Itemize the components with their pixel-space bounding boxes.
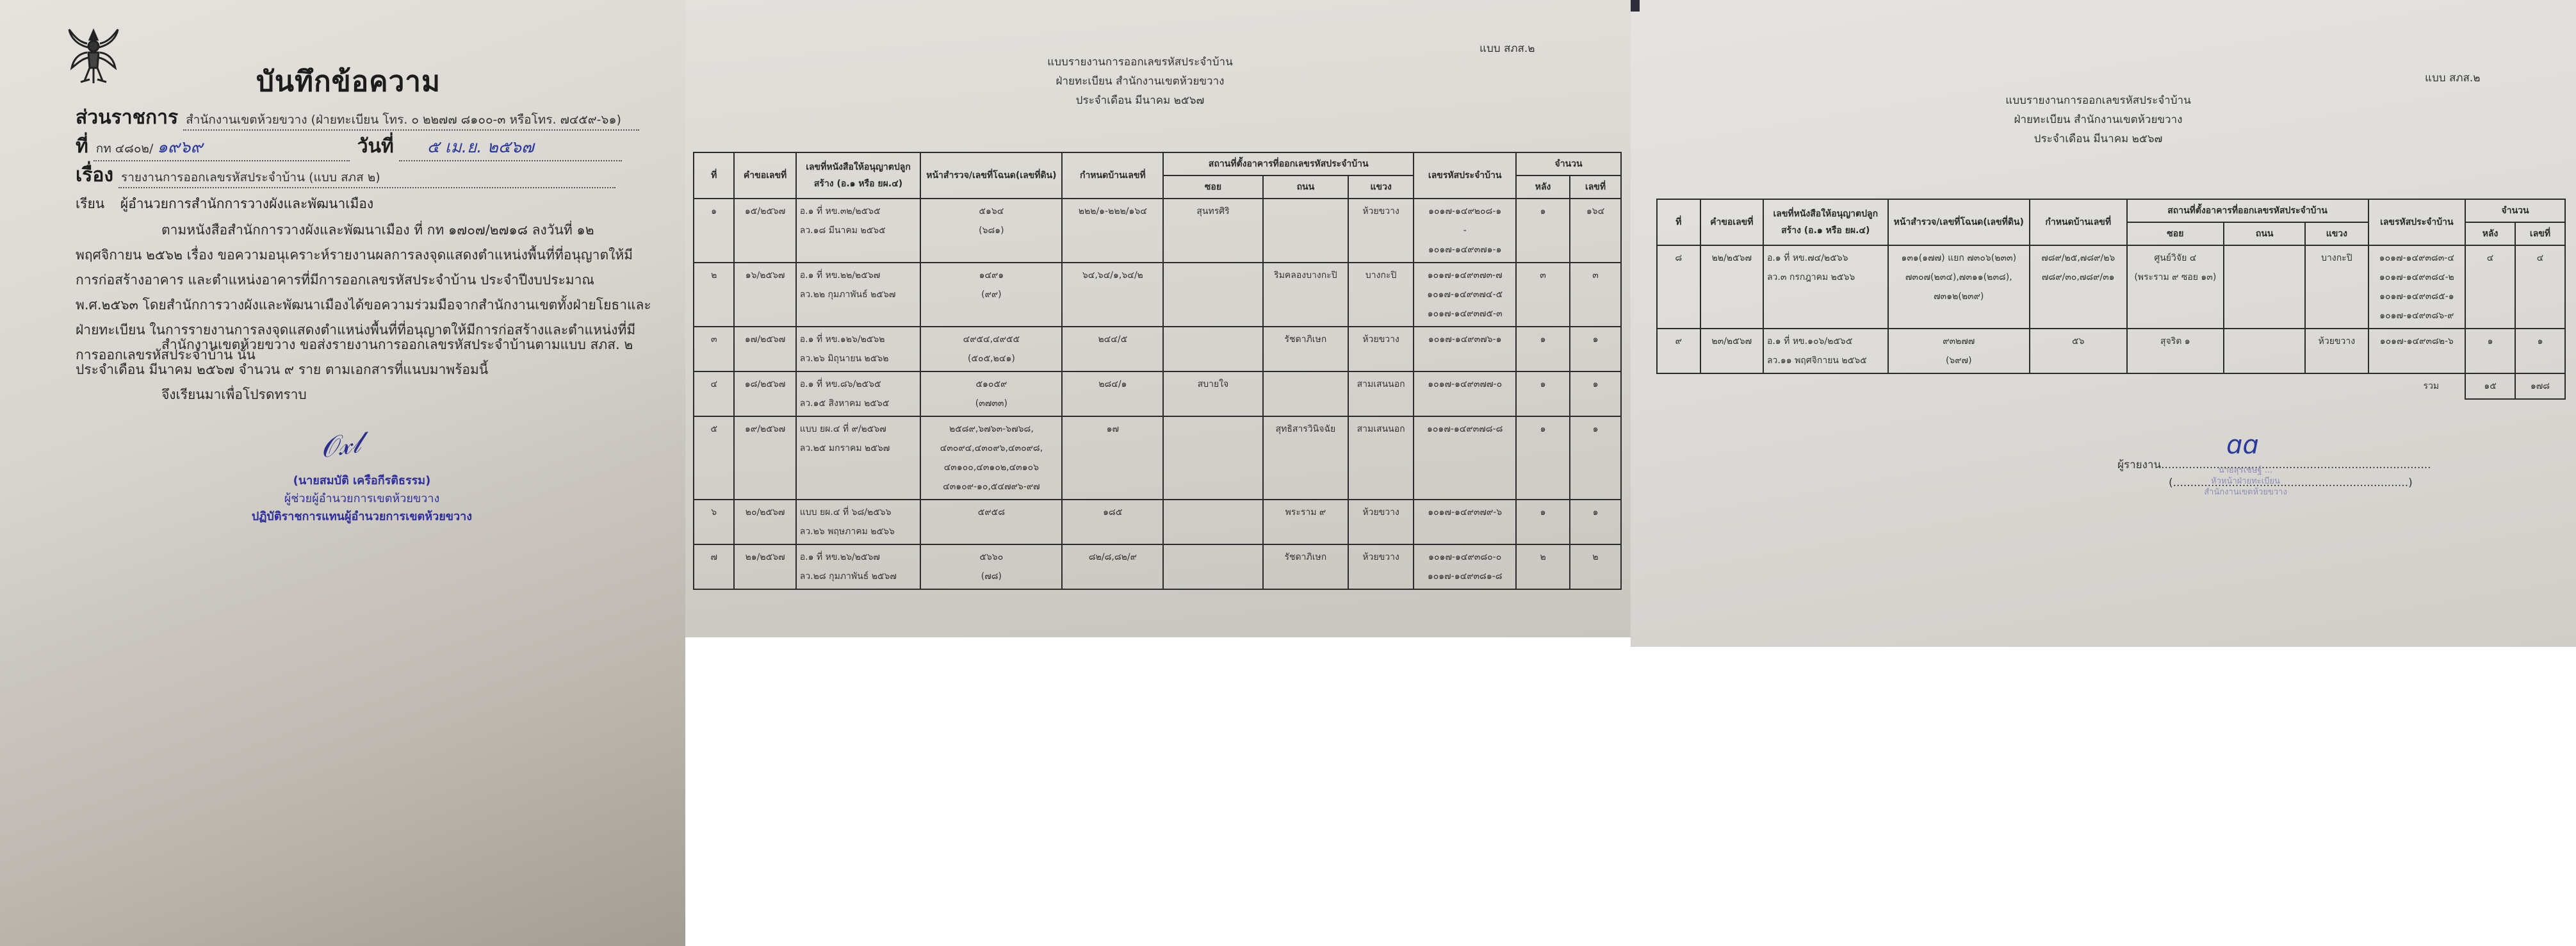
cell-road xyxy=(1263,371,1348,416)
cell-buildings: ๑ xyxy=(1516,199,1570,263)
cell-house-code: ๑๐๑๗-๑๔๙๓๗๗-๐ xyxy=(1414,371,1516,416)
cell-numbers: ๑ xyxy=(1570,327,1621,371)
to-row: เรียน ผู้อำนวยการสำนักการวางผังและพัฒนาเ… xyxy=(76,193,373,215)
date-label: วันที่ xyxy=(357,135,394,158)
form-code: แบบ สภส.๒ xyxy=(1480,40,1535,57)
cell-subdistrict: ห้วยขวาง xyxy=(1348,500,1414,544)
cell-request-no: ๒๓/๒๕๖๗ xyxy=(1700,329,1763,373)
table-row: ๖๒๐/๒๕๖๗แบบ ยผ.๔ ที่ ๖๘/๒๕๖๖ลว.๒๖ พฤษภาค… xyxy=(694,500,1621,544)
cell-permit: อ.๑ ที่ หข.๑๒๖/๒๕๖๒ลว.๒๖ มิถุนายน ๒๕๖๒ xyxy=(796,327,921,371)
cell-request-no: ๑๘/๒๕๖๗ xyxy=(734,371,795,416)
cell-request-no: ๑๗/๒๕๖๗ xyxy=(734,327,795,371)
cell-permit: แบบ ยผ.๔ ที่ ๙/๒๕๖๗ลว.๒๕ มกราคม ๒๕๖๗ xyxy=(796,416,921,500)
header-house-code: เลขรหัสประจำบ้าน xyxy=(1414,152,1516,199)
header-house-no: กำหนดบ้านเลขที่ xyxy=(2030,199,2127,245)
cell-soi xyxy=(1163,500,1263,544)
cell-no: ๙ xyxy=(1657,329,1700,373)
table-row: ๓๑๗/๒๕๖๗อ.๑ ที่ หข.๑๒๖/๒๕๖๒ลว.๒๖ มิถุนาย… xyxy=(694,327,1621,371)
cell-permit: อ.๑ ที่ หข.๒๖/๒๕๖๗ลว.๒๘ กุมภาพันธ์ ๒๕๖๗ xyxy=(796,544,921,589)
cell-house-no: ๑๘๕ xyxy=(1062,500,1163,544)
header-no: ที่ xyxy=(1657,199,1700,245)
ref-printed: กท ๔๘๐๒/ xyxy=(96,142,154,156)
header-request-no: คำขอเลขที่ xyxy=(1700,199,1763,245)
ref-label: ที่ xyxy=(76,135,88,158)
subject-row: เรื่อง รายงานการออกเลขรหัสประจำบ้าน (แบบ… xyxy=(76,160,615,190)
header-road: ถนน xyxy=(1263,175,1348,199)
cell-numbers: ๑ xyxy=(1570,416,1621,500)
reference-row: ที่ กท ๔๘๐๒/ ๑๙๖๙ วันที่ ๕ เม.ย. ๒๕๖๗ xyxy=(76,131,622,161)
header-request-no: คำขอเลขที่ xyxy=(734,152,795,199)
cell-deed: ๕๖๖๐(๗๘) xyxy=(920,544,1062,589)
cell-house-no: ๒๔๔/๕ xyxy=(1062,327,1163,371)
header-deed-no: หน้าสำรวจ/เลขที่โฉนด(เลขที่ดิน) xyxy=(920,152,1062,199)
cell-soi xyxy=(1163,327,1263,371)
cell-permit: อ.๑ ที่ หข.๓๒/๒๕๖๕ลว.๑๘ มีนาคม ๒๕๖๕ xyxy=(796,199,921,263)
to-value: ผู้อำนวยการสำนักการวางผังและพัฒนาเมือง xyxy=(120,196,373,211)
cell-soi: สบายใจ xyxy=(1163,371,1263,416)
cell-request-no: ๒๑/๒๕๖๗ xyxy=(734,544,795,589)
memo-paragraph-2: สำนักงานเขตห้วยขวาง ขอส่งรายงานการออกเลข… xyxy=(76,332,652,382)
header-buildings: หลัง xyxy=(1516,175,1570,199)
header-subdistrict: แขวง xyxy=(2305,222,2368,245)
header-permit-no: เลขที่หนังสือให้อนุญาตปลูกสร้าง (อ.๑ หรื… xyxy=(1763,199,1888,245)
total-buildings: ๑๕ xyxy=(2465,373,2515,399)
cell-buildings: ๑ xyxy=(1516,416,1570,500)
cell-permit: อ.๑ ที่ หข.๗๔/๒๕๖๖ลว.๓ กรกฎาคม ๒๕๖๖ xyxy=(1763,245,1888,329)
cell-deed: ๑๓๑(๑๗๗) แยก ๗๓๐๖(๒๓๓)๗๓๐๗(๒๓๔),๗๓๑๑(๒๓๘… xyxy=(1888,245,2030,329)
cell-house-code: ๑๐๑๗-๑๔๙๓๗๖-๑ xyxy=(1414,327,1516,371)
cell-request-no: ๒๒/๒๕๖๗ xyxy=(1700,245,1763,329)
cell-house-no: ๕๖ xyxy=(2030,329,2127,373)
header-numbers: เลขที่ xyxy=(1570,175,1621,199)
cell-house-no: ๘๒/๘,๘๒/๙ xyxy=(1062,544,1163,589)
cell-house-code: ๑๐๑๗-๑๔๙๓๗๓-๗๑๐๑๗-๑๔๙๓๗๔-๕๑๐๑๗-๑๔๙๓๗๕-๓ xyxy=(1414,263,1516,327)
cell-road: สุทธิสารวินิจฉัย xyxy=(1263,416,1348,500)
cell-request-no: ๑๕/๒๕๖๗ xyxy=(734,199,795,263)
cell-road xyxy=(2224,329,2305,373)
header-location-group: สถานที่ตั้งอาคารที่ออกเลขรหัสประจำบ้าน xyxy=(2127,199,2368,222)
header-subdistrict: แขวง xyxy=(1348,175,1414,199)
cell-numbers: ๒ xyxy=(1570,544,1621,589)
garuda-emblem-icon xyxy=(64,26,123,87)
subject-value: รายงานการออกเลขรหัสประจำบ้าน (แบบ สภส ๒) xyxy=(118,168,615,188)
table-row: ๕๑๙/๒๕๖๗แบบ ยผ.๔ ที่ ๙/๒๕๖๗ลว.๒๕ มกราคม … xyxy=(694,416,1621,500)
cell-no: ๖ xyxy=(694,500,734,544)
table-row: ๙๒๓/๒๕๖๗อ.๑ ที่ หข.๑๐๖/๒๕๖๕ลว.๑๑ พฤศจิกา… xyxy=(1657,329,2565,373)
signer-position-2: ปฏิบัติราชการแทนผู้อำนวยการเขตห้วยขวาง xyxy=(227,508,496,526)
cell-buildings: ๑ xyxy=(1516,327,1570,371)
table-row: ๑๑๕/๒๕๖๗อ.๑ ที่ หข.๓๒/๒๕๖๕ลว.๑๘ มีนาคม ๒… xyxy=(694,199,1621,263)
form-code: แบบ สภส.๒ xyxy=(2425,69,2481,86)
cell-permit: แบบ ยผ.๔ ที่ ๖๘/๒๕๖๖ลว.๒๖ พฤษภาคม ๒๕๖๖ xyxy=(796,500,921,544)
header-deed-no: หน้าสำรวจ/เลขที่โฉนด(เลขที่ดิน) xyxy=(1888,199,2030,245)
table-row: ๔๑๘/๒๕๖๗อ.๑ ที่ หข.๘๖/๒๕๖๕ลว.๑๕ สิงหาคม … xyxy=(694,371,1621,416)
total-row: รวม๑๕๑๗๘ xyxy=(1657,373,2565,399)
cell-soi: สุจริต ๑ xyxy=(2127,329,2224,373)
cell-deed: ๕๑๐๕๙(๓๗๓๓) xyxy=(920,371,1062,416)
total-numbers: ๑๗๘ xyxy=(2515,373,2565,399)
signature-scribble-icon: 𝒪𝓍𝓁 xyxy=(318,427,363,464)
cell-subdistrict: สามเสนนอก xyxy=(1348,416,1414,500)
report-heading: แบบรายงานการออกเลขรหัสประจำบ้าน ฝ่ายทะเบ… xyxy=(1900,91,2297,149)
cell-request-no: ๑๙/๒๕๖๗ xyxy=(734,416,795,500)
cell-no: ๓ xyxy=(694,327,734,371)
cell-subdistrict: ห้วยขวาง xyxy=(2305,329,2368,373)
cell-numbers: ๑๖๔ xyxy=(1570,199,1621,263)
cell-house-no: ๒๘๔/๑ xyxy=(1062,371,1163,416)
cell-soi xyxy=(1163,416,1263,500)
cell-road: ริมคลองบางกะปิ xyxy=(1263,263,1348,327)
cell-road: รัชดาภิเษก xyxy=(1263,544,1348,589)
table-row: ๗๒๑/๒๕๖๗อ.๑ ที่ หข.๒๖/๒๕๖๗ลว.๒๘ กุมภาพัน… xyxy=(694,544,1621,589)
header-soi: ซอย xyxy=(1163,175,1263,199)
cell-deed: ๕๙๕๘ xyxy=(920,500,1062,544)
memo-closing: จึงเรียนมาเพื่อโปรดทราบ xyxy=(76,382,652,407)
header-road: ถนน xyxy=(2224,222,2305,245)
memo-title: บันทึกข้อความ xyxy=(256,59,576,104)
agency-label: ส่วนราชการ xyxy=(76,106,178,129)
cell-deed: ๒๕๘๙,๖๗๖๓-๖๗๖๘,๔๓๐๙๔,๔๓๐๙๖,๔๓๐๙๘,๔๓๑๐๐,๔… xyxy=(920,416,1062,500)
cell-subdistrict: สามเสนนอก xyxy=(1348,371,1414,416)
cell-numbers: ๑ xyxy=(1570,500,1621,544)
signer-block: (นายสมบัติ เครือกีรติธรรม) ผู้ช่วยผู้อำน… xyxy=(227,472,496,526)
ref-value: กท ๔๘๐๒/ ๑๙๖๙ xyxy=(94,134,350,161)
cell-no: ๔ xyxy=(694,371,734,416)
report-table: ที่คำขอเลขที่เลขที่หนังสือให้อนุญาตปลูกส… xyxy=(1656,199,2566,400)
table-row: ๘๒๒/๒๕๖๗อ.๑ ที่ หข.๗๔/๒๕๖๖ลว.๓ กรกฎาคม ๒… xyxy=(1657,245,2565,329)
cell-numbers: ๑ xyxy=(2515,329,2565,373)
cell-soi xyxy=(1163,263,1263,327)
report-page-1: แบบ สภส.๒ แบบรายงานการออกเลขรหัสประจำบ้า… xyxy=(685,0,1631,637)
subject-label: เรื่อง xyxy=(76,164,113,186)
header-house-no: กำหนดบ้านเลขที่ xyxy=(1062,152,1163,199)
cell-permit: อ.๑ ที่ หข.๑๐๖/๒๕๖๕ลว.๑๑ พฤศจิกายน ๒๕๖๕ xyxy=(1763,329,1888,373)
date-value: ๕ เม.ย. ๒๕๖๗ xyxy=(399,134,622,161)
cell-subdistrict: ห้วยขวาง xyxy=(1348,544,1414,589)
cell-soi xyxy=(1163,544,1263,589)
cell-deed: ๕๑๖๔(๖๘๑) xyxy=(920,199,1062,263)
header-count-group: จำนวน xyxy=(1516,152,1621,175)
cell-no: ๑ xyxy=(694,199,734,263)
cell-buildings: ๑ xyxy=(2465,329,2515,373)
cell-permit: อ.๑ ที่ หข.๘๖/๒๕๖๕ลว.๑๕ สิงหาคม ๒๕๖๕ xyxy=(796,371,921,416)
cell-buildings: ๑ xyxy=(1516,371,1570,416)
cell-house-code: ๑๐๑๗-๑๔๙๓๗๘-๘ xyxy=(1414,416,1516,500)
total-label: รวม xyxy=(1657,373,2465,399)
cell-numbers: ๑ xyxy=(1570,371,1621,416)
cell-request-no: ๒๐/๒๕๖๗ xyxy=(734,500,795,544)
report-table: ที่คำขอเลขที่เลขที่หนังสือให้อนุญาตปลูกส… xyxy=(693,152,1622,590)
cell-house-code: ๑๐๑๗-๑๔๙๓๗๙-๖ xyxy=(1414,500,1516,544)
cell-house-code: ๑๐๑๗-๑๔๙๓๘๐-๐๑๐๑๗-๑๔๙๓๘๑-๘ xyxy=(1414,544,1516,589)
cell-house-code: ๑๐๑๗-๑๔๙๓๘๓-๔๑๐๑๗-๑๔๙๓๘๔-๒๑๐๑๗-๑๔๙๓๘๕-๑๑… xyxy=(2368,245,2466,329)
cell-buildings: ๓ xyxy=(1516,263,1570,327)
table-row: ๒๑๖/๒๕๖๗อ.๑ ที่ หข.๒๒/๒๕๖๗ลว.๒๒ กุมภาพัน… xyxy=(694,263,1621,327)
cell-house-no: ๑๗ xyxy=(1062,416,1163,500)
signer-name: (นายสมบัติ เครือกีรติธรรม) xyxy=(227,472,496,490)
header-count-group: จำนวน xyxy=(2465,199,2565,222)
cell-subdistrict: บางกะปิ xyxy=(1348,263,1414,327)
agency-value: สำนักงานเขตห้วยขวาง (ฝ่ายทะเบียน โทร. ๐ … xyxy=(183,110,639,131)
cell-subdistrict: ห้วยขวาง xyxy=(1348,327,1414,371)
header-location-group: สถานที่ตั้งอาคารที่ออกเลขรหัสประจำบ้าน xyxy=(1163,152,1414,175)
cell-house-no: ๒๒๒/๑-๒๒๒/๑๖๔ xyxy=(1062,199,1163,263)
header-permit-no: เลขที่หนังสือให้อนุญาตปลูกสร้าง (อ.๑ หรื… xyxy=(796,152,921,199)
cell-house-code: ๑๐๑๗-๑๔๙๓๘๒-๖ xyxy=(2368,329,2466,373)
header-soi: ซอย xyxy=(2127,222,2224,245)
header-house-code: เลขรหัสประจำบ้าน xyxy=(2368,199,2466,245)
header-numbers: เลขที่ xyxy=(2515,222,2565,245)
cell-buildings: ๔ xyxy=(2465,245,2515,329)
cell-house-no: ๗๘๙/๒๕,๗๘๙/๒๖๗๘๙/๓๐,๗๘๙/๓๑ xyxy=(2030,245,2127,329)
cell-deed: ๙๓๒๗๗(๖๙๗) xyxy=(1888,329,2030,373)
ref-handwritten: ๑๙๖๙ xyxy=(157,138,202,157)
cell-soi: ศูนย์วิจัย ๔(พระราม ๙ ซอย ๑๓) xyxy=(2127,245,2224,329)
cell-subdistrict: บางกะปิ xyxy=(2305,245,2368,329)
cell-deed: ๔๙๕๔,๔๙๕๕(๕๐๕,๒๔๑) xyxy=(920,327,1062,371)
cell-no: ๒ xyxy=(694,263,734,327)
cell-road: รัชดาภิเษก xyxy=(1263,327,1348,371)
cell-numbers: ๔ xyxy=(2515,245,2565,329)
cell-subdistrict: ห้วยขวาง xyxy=(1348,199,1414,263)
cell-deed: ๑๔๙๑(๙๙) xyxy=(920,263,1062,327)
cell-no: ๘ xyxy=(1657,245,1700,329)
cell-buildings: ๒ xyxy=(1516,544,1570,589)
cell-soi: สุนทรศิริ xyxy=(1163,199,1263,263)
cell-no: ๗ xyxy=(694,544,734,589)
header-no: ที่ xyxy=(694,152,734,199)
cell-road: พระราม ๙ xyxy=(1263,500,1348,544)
cell-house-no: ๖๔,๖๔/๑,๖๔/๒ xyxy=(1062,263,1163,327)
cell-no: ๕ xyxy=(694,416,734,500)
signer-position-1: ผู้ช่วยผู้อำนวยการเขตห้วยขวาง xyxy=(227,490,496,508)
cell-buildings: ๑ xyxy=(1516,500,1570,544)
reporter-signature-icon: ɑɑ xyxy=(2226,430,2259,460)
to-label: เรียน xyxy=(76,196,104,211)
cell-request-no: ๑๖/๒๕๖๗ xyxy=(734,263,795,327)
cell-numbers: ๓ xyxy=(1570,263,1621,327)
reporter-stamp: นายสุรเชษฐ์ ...หัวหน้าฝ่ายทะเบียนสำนักงา… xyxy=(2188,465,2303,498)
report-page-2: แบบ สภส.๒ แบบรายงานการออกเลขรหัสประจำบ้า… xyxy=(1631,0,2576,647)
memo-page: บันทึกข้อความ ส่วนราชการ สำนักงานเขตห้วย… xyxy=(0,0,685,946)
cell-road xyxy=(1263,199,1348,263)
cell-permit: อ.๑ ที่ หข.๒๒/๒๕๖๗ลว.๒๒ กุมภาพันธ์ ๒๕๖๗ xyxy=(796,263,921,327)
report-heading: แบบรายงานการออกเลขรหัสประจำบ้าน ฝ่ายทะเบ… xyxy=(942,53,1339,110)
cell-house-code: ๑๐๑๗-๑๔๙๒๐๘-๑-๑๐๑๗-๑๔๙๓๗๑-๑ xyxy=(1414,199,1516,263)
cell-road xyxy=(2224,245,2305,329)
header-buildings: หลัง xyxy=(2465,222,2515,245)
agency-row: ส่วนราชการ สำนักงานเขตห้วยขวาง (ฝ่ายทะเบ… xyxy=(76,102,639,133)
